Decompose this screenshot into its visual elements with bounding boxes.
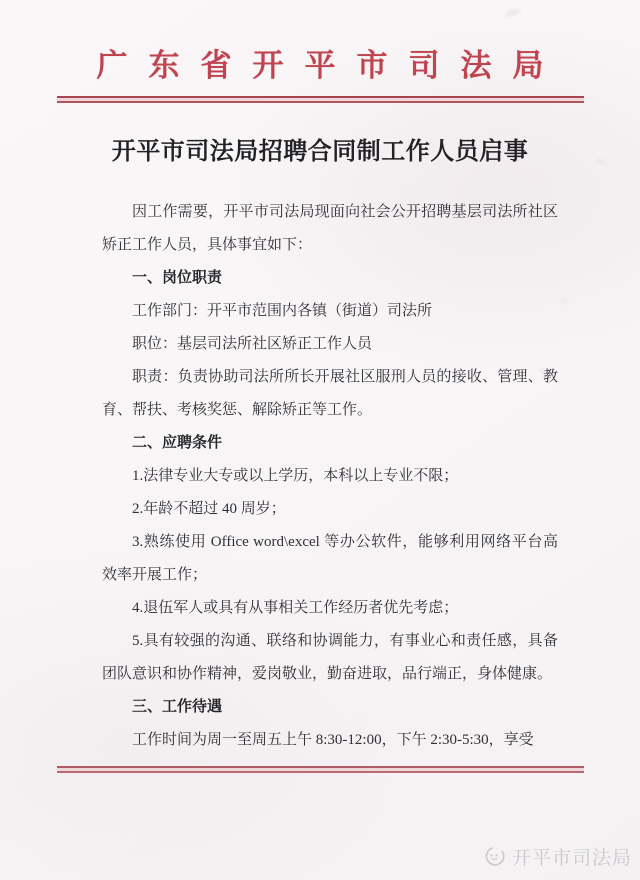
org-letterhead: 广东省开平市司法局 — [0, 40, 640, 85]
document-title: 开平市司法局招聘合同制工作人员启事 — [0, 131, 640, 166]
wechat-account-watermark: 开平市司法局 — [483, 843, 632, 870]
letterhead-double-rule — [57, 96, 584, 103]
paragraph-work-department: 工作部门：开平市范围内各镇（街道）司法所 — [102, 295, 558, 328]
scanned-document-page: 广东省开平市司法局 开平市司法局招聘合同制工作人员启事 因工作需要，开平市司法局… — [0, 0, 640, 880]
paragraph-work-hours: 工作时间为周一至周五上午 8:30-12:00，下午 2:30-5:30，享受 — [102, 724, 558, 757]
section-heading-requirements: 二、应聘条件 — [102, 427, 558, 460]
account-name: 开平市司法局 — [512, 843, 632, 870]
paragraph-duties: 职责：负责协助司法所所长开展社区服刑人员的接收、管理、教育、帮扶、考核奖惩、解除… — [102, 361, 558, 427]
section-heading-benefits: 三、工作待遇 — [102, 691, 558, 724]
document-body: 因工作需要，开平市司法局现面向社会公开招聘基层司法所社区矫正工作人员，具体事宜如… — [102, 196, 558, 757]
paragraph-position: 职位：基层司法所社区矫正工作人员 — [102, 328, 558, 361]
requirement-item-5: 5.具有较强的沟通、联络和协调能力，有事业心和责任感，具备团队意识和协作精神，爱… — [102, 625, 558, 691]
section-heading-job-duties: 一、岗位职责 — [102, 262, 558, 295]
page-bottom-double-rule — [57, 766, 584, 773]
requirement-item-3: 3.熟练使用 Office word\excel 等办公软件，能够利用网络平台高… — [102, 526, 558, 592]
requirement-item-1: 1.法律专业大专或以上学历，本科以上专业不限； — [102, 460, 558, 493]
scan-speck — [560, 299, 568, 303]
scan-speck — [505, 8, 522, 18]
intro-paragraph: 因工作需要，开平市司法局现面向社会公开招聘基层司法所社区矫正工作人员，具体事宜如… — [102, 196, 558, 262]
requirement-item-2: 2.年龄不超过 40 周岁； — [102, 493, 558, 526]
account-logo-icon — [483, 845, 506, 868]
requirement-item-4: 4.退伍军人或具有从事相关工作经历者优先考虑； — [102, 592, 558, 625]
